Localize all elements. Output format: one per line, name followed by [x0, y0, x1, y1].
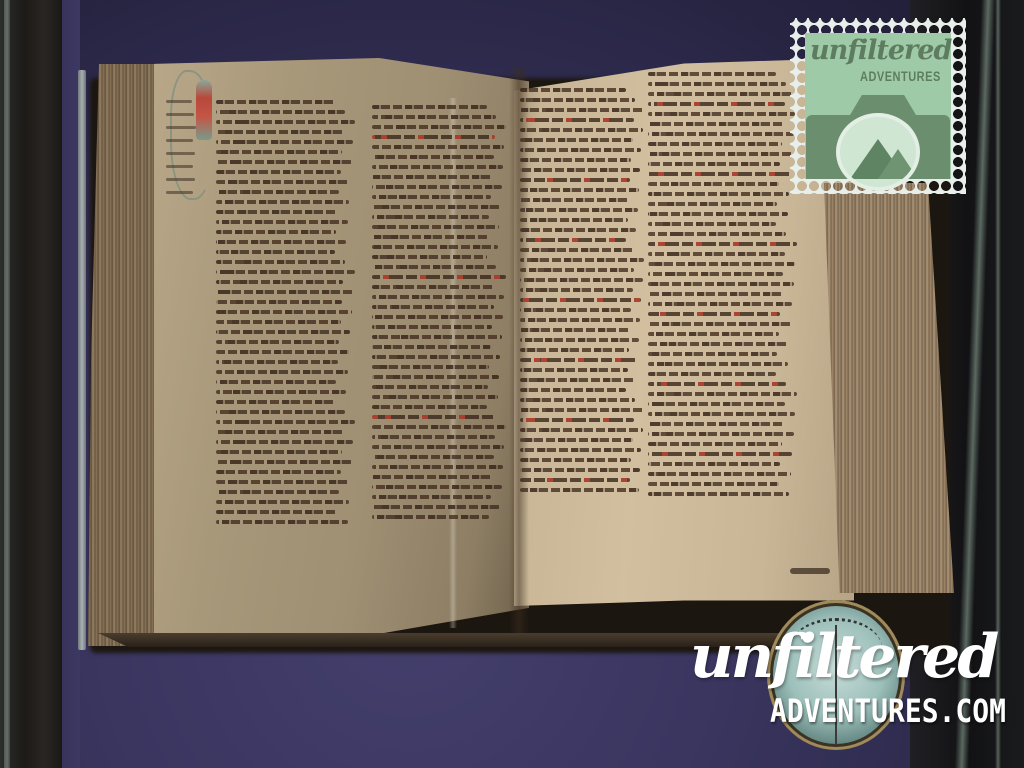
handwritten-line: [520, 428, 643, 432]
handwritten-line: [372, 345, 491, 349]
handwritten-line: [216, 150, 342, 154]
handwritten-line: [648, 262, 795, 266]
handwritten-line: [166, 139, 193, 142]
handwritten-line: [648, 432, 794, 436]
handwritten-line: [216, 450, 342, 454]
handwritten-line: [166, 100, 192, 103]
handwritten-line: [372, 515, 489, 519]
text-column-3: [520, 88, 645, 498]
handwritten-line: [648, 112, 795, 116]
handwritten-line: [648, 292, 782, 296]
handwritten-line: [372, 185, 502, 189]
handwritten-line: [520, 268, 634, 272]
handwritten-line: [372, 295, 504, 299]
handwritten-line: [648, 172, 791, 176]
handwritten-line: [520, 198, 629, 202]
glass-pane-edge-left: [4, 0, 10, 768]
handwritten-line: [520, 478, 630, 482]
handwritten-line: [372, 205, 500, 209]
handwritten-line: [648, 492, 789, 496]
handwritten-line: [648, 392, 797, 396]
handwritten-line: [648, 342, 789, 346]
marginal-notes: [166, 100, 196, 204]
handwritten-line: [372, 215, 489, 219]
handwritten-line: [372, 335, 502, 339]
handwritten-line: [372, 285, 495, 289]
handwritten-line: [216, 340, 339, 344]
handwritten-line: [648, 182, 779, 186]
handwritten-line: [372, 105, 487, 109]
handwritten-line: [372, 405, 487, 409]
handwritten-line: [216, 320, 341, 324]
text-column-4: [648, 72, 798, 502]
handwritten-line: [648, 322, 791, 326]
handwritten-line: [372, 315, 503, 319]
handwritten-line: [648, 472, 791, 476]
mountain-icon: [840, 117, 916, 187]
handwritten-line: [216, 200, 349, 204]
handwritten-line: [372, 235, 488, 239]
handwritten-line: [648, 162, 780, 166]
handwritten-line: [372, 485, 502, 489]
handwritten-line: [648, 82, 786, 86]
handwritten-line: [216, 240, 346, 244]
handwritten-line: [648, 372, 776, 376]
handwritten-line: [520, 388, 626, 392]
handwritten-line: [520, 248, 635, 252]
handwritten-line: [216, 260, 345, 264]
handwritten-line: [216, 500, 349, 504]
handwritten-line: [648, 352, 777, 356]
catchword: [790, 568, 830, 574]
handwritten-line: [648, 362, 788, 366]
handwritten-line: [520, 308, 631, 312]
handwritten-line: [520, 188, 639, 192]
handwritten-line: [520, 298, 641, 302]
handwritten-line: [166, 165, 193, 168]
handwritten-line: [520, 378, 636, 382]
handwritten-line: [648, 102, 785, 106]
handwritten-line: [216, 190, 339, 194]
handwritten-line: [372, 375, 499, 379]
handwritten-line: [520, 278, 643, 282]
handwritten-line: [520, 418, 634, 422]
handwritten-line: [372, 385, 488, 389]
handwritten-line: [648, 142, 782, 146]
handwritten-line: [648, 332, 779, 336]
handwritten-line: [520, 258, 644, 262]
handwritten-line: [166, 152, 195, 155]
handwritten-line: [648, 72, 776, 76]
handwritten-line: [520, 348, 629, 352]
handwritten-line: [216, 490, 339, 494]
handwritten-line: [648, 272, 783, 276]
stamp-logo-subtitle: ADVENTURES: [860, 70, 941, 85]
handwritten-line: [520, 408, 644, 412]
handwritten-line: [520, 108, 644, 112]
handwritten-line: [520, 468, 640, 472]
handwritten-line: [648, 132, 794, 136]
handwritten-line: [216, 160, 352, 164]
handwritten-line: [648, 192, 789, 196]
handwritten-line: [216, 280, 343, 284]
handwritten-line: [520, 358, 638, 362]
handwritten-line: [520, 228, 636, 232]
handwritten-line: [520, 398, 635, 402]
handwritten-line: [648, 222, 776, 226]
handwritten-line: [216, 460, 352, 464]
handwritten-line: [520, 318, 640, 322]
handwritten-line: [216, 360, 338, 364]
handwritten-line: [216, 330, 350, 334]
handwritten-line: [216, 380, 336, 384]
handwritten-line: [372, 225, 499, 229]
handwritten-line: [648, 462, 780, 466]
handwritten-line: [520, 238, 626, 242]
museum-display-photo: unfiltered ADVENTURES unfiltered ADVENTU…: [0, 0, 1024, 768]
handwritten-line: [520, 178, 630, 182]
handwritten-line: [372, 255, 487, 259]
handwritten-line: [216, 470, 341, 474]
handwritten-line: [372, 125, 506, 129]
handwritten-line: [648, 412, 795, 416]
handwritten-line: [216, 510, 338, 514]
text-column-1: [216, 100, 356, 530]
handwritten-line: [520, 488, 639, 492]
handwritten-line: [372, 445, 504, 449]
handwritten-line: [520, 288, 633, 292]
handwritten-line: [372, 455, 494, 459]
handwritten-line: [216, 440, 353, 444]
handwritten-line: [216, 270, 355, 274]
handwritten-line: [372, 395, 498, 399]
handwritten-line: [216, 170, 341, 174]
handwritten-line: [648, 452, 792, 456]
handwritten-line: [372, 115, 496, 119]
handwritten-line: [648, 482, 779, 486]
handwritten-line: [520, 168, 640, 172]
handwritten-line: [648, 402, 785, 406]
handwritten-line: [216, 420, 355, 424]
handwritten-line: [372, 475, 492, 479]
handwritten-line: [648, 312, 780, 316]
handwritten-line: [372, 415, 496, 419]
handwritten-line: [648, 252, 785, 256]
handwritten-line: [372, 495, 491, 499]
handwritten-line: [372, 135, 495, 139]
watermark-site: ADVENTURES.COM: [770, 692, 1006, 730]
handwritten-line: [216, 180, 350, 184]
handwritten-line: [372, 325, 492, 329]
handwritten-line: [648, 212, 788, 216]
handwritten-line: [648, 232, 786, 236]
handwritten-line: [372, 425, 506, 429]
illuminated-initial-letter: [196, 80, 212, 140]
handwritten-line: [166, 178, 195, 181]
handwritten-line: [648, 92, 797, 96]
stamp-logo-title: unfiltered: [810, 35, 950, 66]
handwritten-line: [648, 302, 792, 306]
handwritten-line: [216, 130, 343, 134]
handwritten-line: [216, 480, 350, 484]
handwritten-line: [520, 208, 638, 212]
handwritten-line: [372, 195, 491, 199]
handwritten-line: [372, 155, 494, 159]
handwritten-line: [216, 400, 335, 404]
handwritten-line: [520, 368, 628, 372]
handwritten-line: [372, 275, 506, 279]
handwritten-line: [372, 465, 503, 469]
handwritten-line: [648, 282, 794, 286]
handwritten-line: [520, 458, 631, 462]
handwritten-line: [166, 126, 196, 129]
handwritten-line: [648, 152, 792, 156]
handwritten-line: [648, 382, 786, 386]
handwritten-line: [372, 145, 504, 149]
handwritten-line: [520, 218, 628, 222]
handwritten-line: [372, 355, 500, 359]
handwritten-line: [372, 505, 500, 509]
handwritten-line: [216, 100, 335, 104]
handwritten-line: [520, 98, 635, 102]
handwritten-line: [372, 305, 494, 309]
handwritten-line: [520, 158, 631, 162]
handwritten-line: [520, 118, 634, 122]
handwritten-line: [648, 122, 783, 126]
handwritten-line: [520, 128, 643, 132]
handwritten-line: [372, 265, 496, 269]
text-column-2: [372, 105, 507, 525]
handwritten-line: [216, 430, 343, 434]
handwritten-line: [520, 448, 641, 452]
handwritten-line: [216, 370, 348, 374]
handwritten-line: [216, 250, 335, 254]
handwritten-line: [216, 300, 342, 304]
handwritten-line: [648, 242, 797, 246]
handwritten-line: [520, 328, 630, 332]
handwritten-line: [166, 113, 194, 116]
handwritten-line: [216, 350, 349, 354]
handwritten-line: [216, 390, 346, 394]
handwritten-line: [648, 202, 777, 206]
handwritten-line: [216, 140, 353, 144]
handwritten-line: [520, 138, 633, 142]
handwritten-line: [216, 120, 355, 124]
handwritten-line: [520, 88, 626, 92]
handwritten-line: [520, 438, 633, 442]
watermark-script: unfiltered: [690, 622, 996, 692]
handwritten-line: [216, 230, 336, 234]
handwritten-line: [372, 435, 495, 439]
handwritten-line: [520, 148, 641, 152]
handwritten-line: [372, 165, 503, 169]
handwritten-line: [216, 220, 348, 224]
handwritten-line: [648, 442, 782, 446]
handwritten-line: [648, 422, 783, 426]
mountain-peak-small-icon: [878, 149, 916, 179]
handwritten-line: [372, 245, 498, 249]
handwritten-line: [216, 210, 338, 214]
handwritten-line: [520, 338, 639, 342]
handwritten-line: [216, 110, 345, 114]
handwritten-line: [372, 365, 489, 369]
handwritten-line: [216, 290, 353, 294]
handwritten-line: [216, 310, 352, 314]
handwritten-line: [166, 191, 193, 194]
handwritten-line: [216, 410, 345, 414]
acrylic-stand-edge: [78, 70, 86, 650]
handwritten-line: [372, 175, 492, 179]
handwritten-line: [216, 520, 348, 524]
